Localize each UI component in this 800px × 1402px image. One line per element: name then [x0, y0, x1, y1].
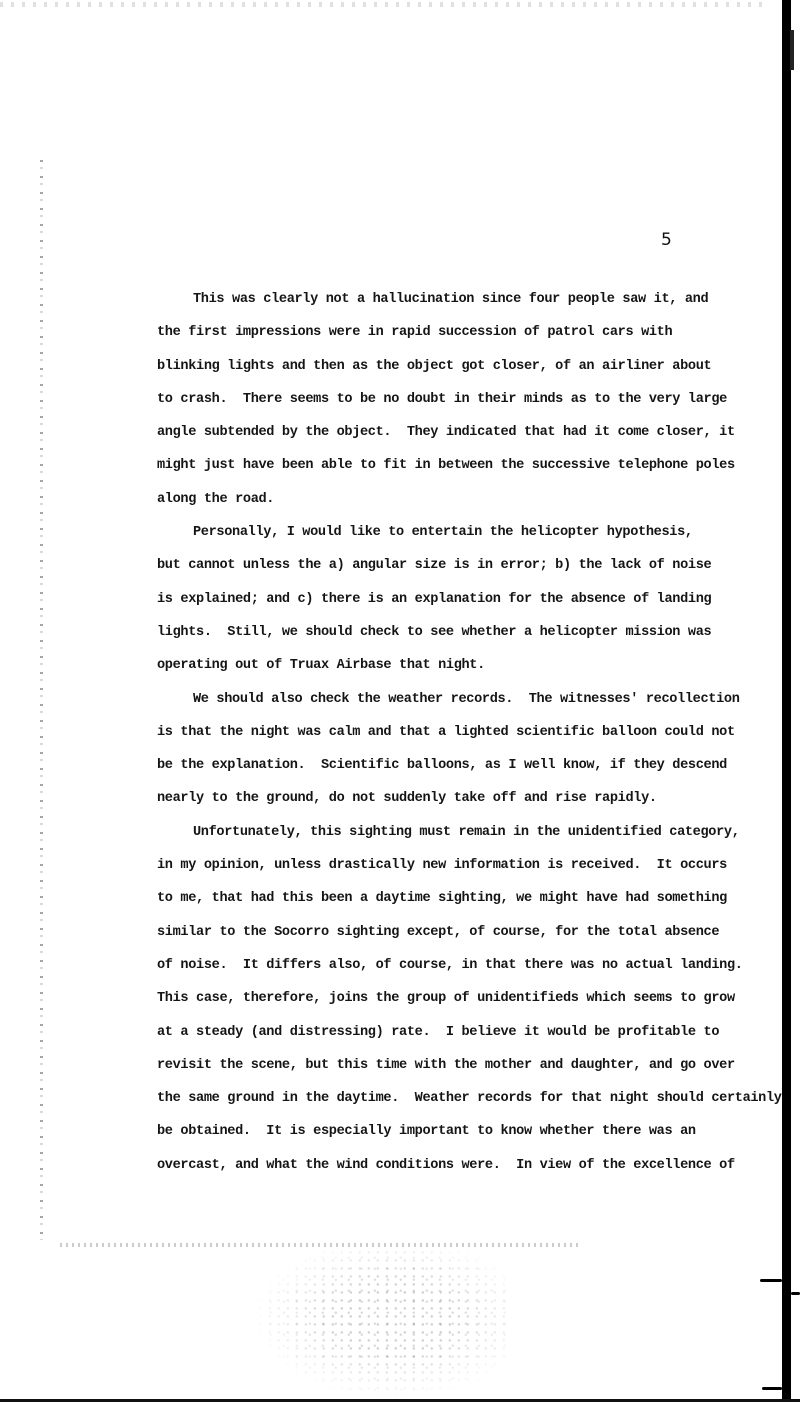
- text-line: is explained; and c) there is an explana…: [157, 583, 747, 616]
- scan-right-border-mark: [790, 30, 794, 70]
- text-line: but cannot unless the a) angular size is…: [157, 549, 747, 582]
- scan-noise-cloud: [250, 1250, 510, 1400]
- text-line: lights. Still, we should check to see wh…: [157, 616, 747, 649]
- scan-edge-tick: [760, 1279, 782, 1282]
- scan-right-border: [782, 0, 791, 1402]
- text-line: revisit the scene, but this time with th…: [157, 1049, 747, 1082]
- scan-edge-tick: [762, 1387, 782, 1390]
- text-line: angle subtended by the object. They indi…: [157, 416, 747, 449]
- text-line: the first impressions were in rapid succ…: [157, 316, 747, 349]
- paragraph-4: Unfortunately, this sighting must remain…: [157, 816, 747, 1182]
- text-line: overcast, and what the wind conditions w…: [157, 1149, 747, 1182]
- scan-edge-tick: [791, 1292, 800, 1295]
- text-line: similar to the Socorro sighting except, …: [157, 916, 747, 949]
- text-line: operating out of Truax Airbase that nigh…: [157, 649, 747, 682]
- text-line: of noise. It differs also, of course, in…: [157, 949, 747, 982]
- text-line: in my opinion, unless drastically new in…: [157, 849, 747, 882]
- paragraph-1: This was clearly not a hallucination sin…: [157, 283, 747, 516]
- document-page: 5 This was clearly not a hallucination s…: [0, 0, 800, 1402]
- text-line: This case, therefore, joins the group of…: [157, 982, 747, 1015]
- text-line: This was clearly not a hallucination sin…: [157, 283, 747, 316]
- text-line: along the road.: [157, 483, 747, 516]
- text-line: Personally, I would like to entertain th…: [157, 516, 747, 549]
- page-number: 5: [661, 230, 672, 250]
- scan-noise-top: [0, 2, 770, 7]
- text-line: be obtained. It is especially important …: [157, 1115, 747, 1148]
- text-line: be the explanation. Scientific balloons,…: [157, 749, 747, 782]
- text-line: Unfortunately, this sighting must remain…: [157, 816, 747, 849]
- text-line: is that the night was calm and that a li…: [157, 716, 747, 749]
- body-text: This was clearly not a hallucination sin…: [157, 283, 747, 1182]
- scan-noise-left-margin: [40, 160, 43, 1240]
- text-line: nearly to the ground, do not suddenly ta…: [157, 782, 747, 815]
- text-line: to crash. There seems to be no doubt in …: [157, 383, 747, 416]
- scan-noise-bottom-line: [60, 1243, 580, 1247]
- text-line: blinking lights and then as the object g…: [157, 350, 747, 383]
- text-line: to me, that had this been a daytime sigh…: [157, 882, 747, 915]
- text-line: the same ground in the daytime. Weather …: [157, 1082, 747, 1115]
- text-line: might just have been able to fit in betw…: [157, 449, 747, 482]
- paragraph-2: Personally, I would like to entertain th…: [157, 516, 747, 682]
- paragraph-3: We should also check the weather records…: [157, 683, 747, 816]
- text-line: We should also check the weather records…: [157, 683, 747, 716]
- text-line: at a steady (and distressing) rate. I be…: [157, 1016, 747, 1049]
